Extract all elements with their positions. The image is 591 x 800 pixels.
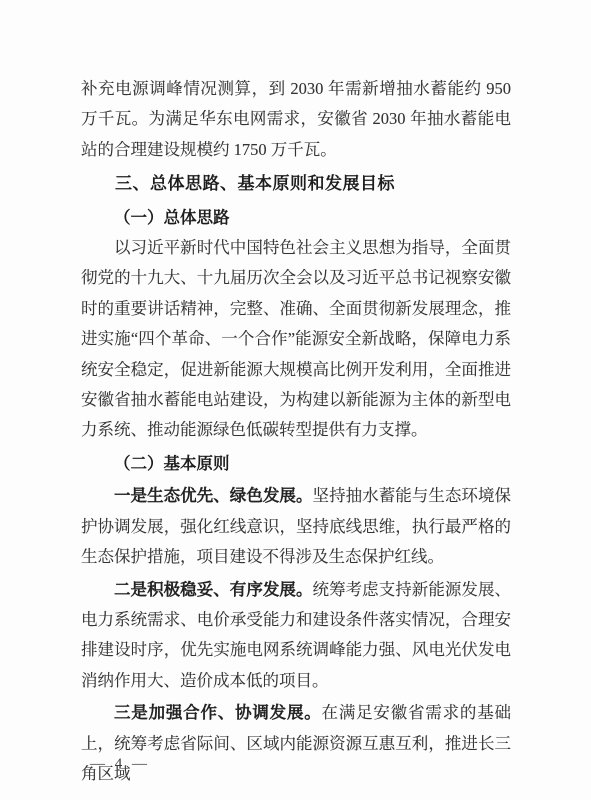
paragraph-continuation: 补充电源调峰情况测算，到 2030 年需新增抽水蓄能约 950 万千瓦。为满足华… bbox=[81, 74, 511, 165]
section-heading: 三、总体思路、基本原则和发展目标 bbox=[81, 169, 511, 199]
document-body: 补充电源调峰情况测算，到 2030 年需新增抽水蓄能约 950 万千瓦。为满足华… bbox=[81, 74, 511, 789]
paragraph-principle-2: 二是积极稳妥、有序发展。统筹考虑支持新能源发展、电力系统需求、电价承受能力和建设… bbox=[81, 575, 511, 697]
page-number: — 4 — bbox=[90, 756, 150, 773]
document-page: 补充电源调峰情况测算，到 2030 年需新增抽水蓄能约 950 万千瓦。为满足华… bbox=[0, 0, 591, 800]
paragraph-general-approach: 以习近平新时代中国特色社会主义思想为指导，全面贯彻党的十九大、十九届历次全会以及… bbox=[81, 233, 511, 446]
principle-1-lead: 一是生态优先、绿色发展。 bbox=[114, 486, 313, 505]
subsection-heading-basic-principles: （二）基本原则 bbox=[81, 449, 511, 479]
paragraph-principle-1: 一是生态优先、绿色发展。坚持抽水蓄能与生态环境保护协调发展，强化红线意识，坚持底… bbox=[81, 481, 511, 572]
principle-2-lead: 二是积极稳妥、有序发展。 bbox=[114, 580, 313, 599]
paragraph-principle-3: 三是加强合作、协调发展。在满足安徽省需求的基础上，统筹考虑省际间、区域内能源资源… bbox=[81, 698, 511, 789]
subsection-heading-general-approach: （一）总体思路 bbox=[81, 203, 511, 233]
principle-3-lead: 三是加强合作、协调发展。 bbox=[114, 703, 322, 722]
